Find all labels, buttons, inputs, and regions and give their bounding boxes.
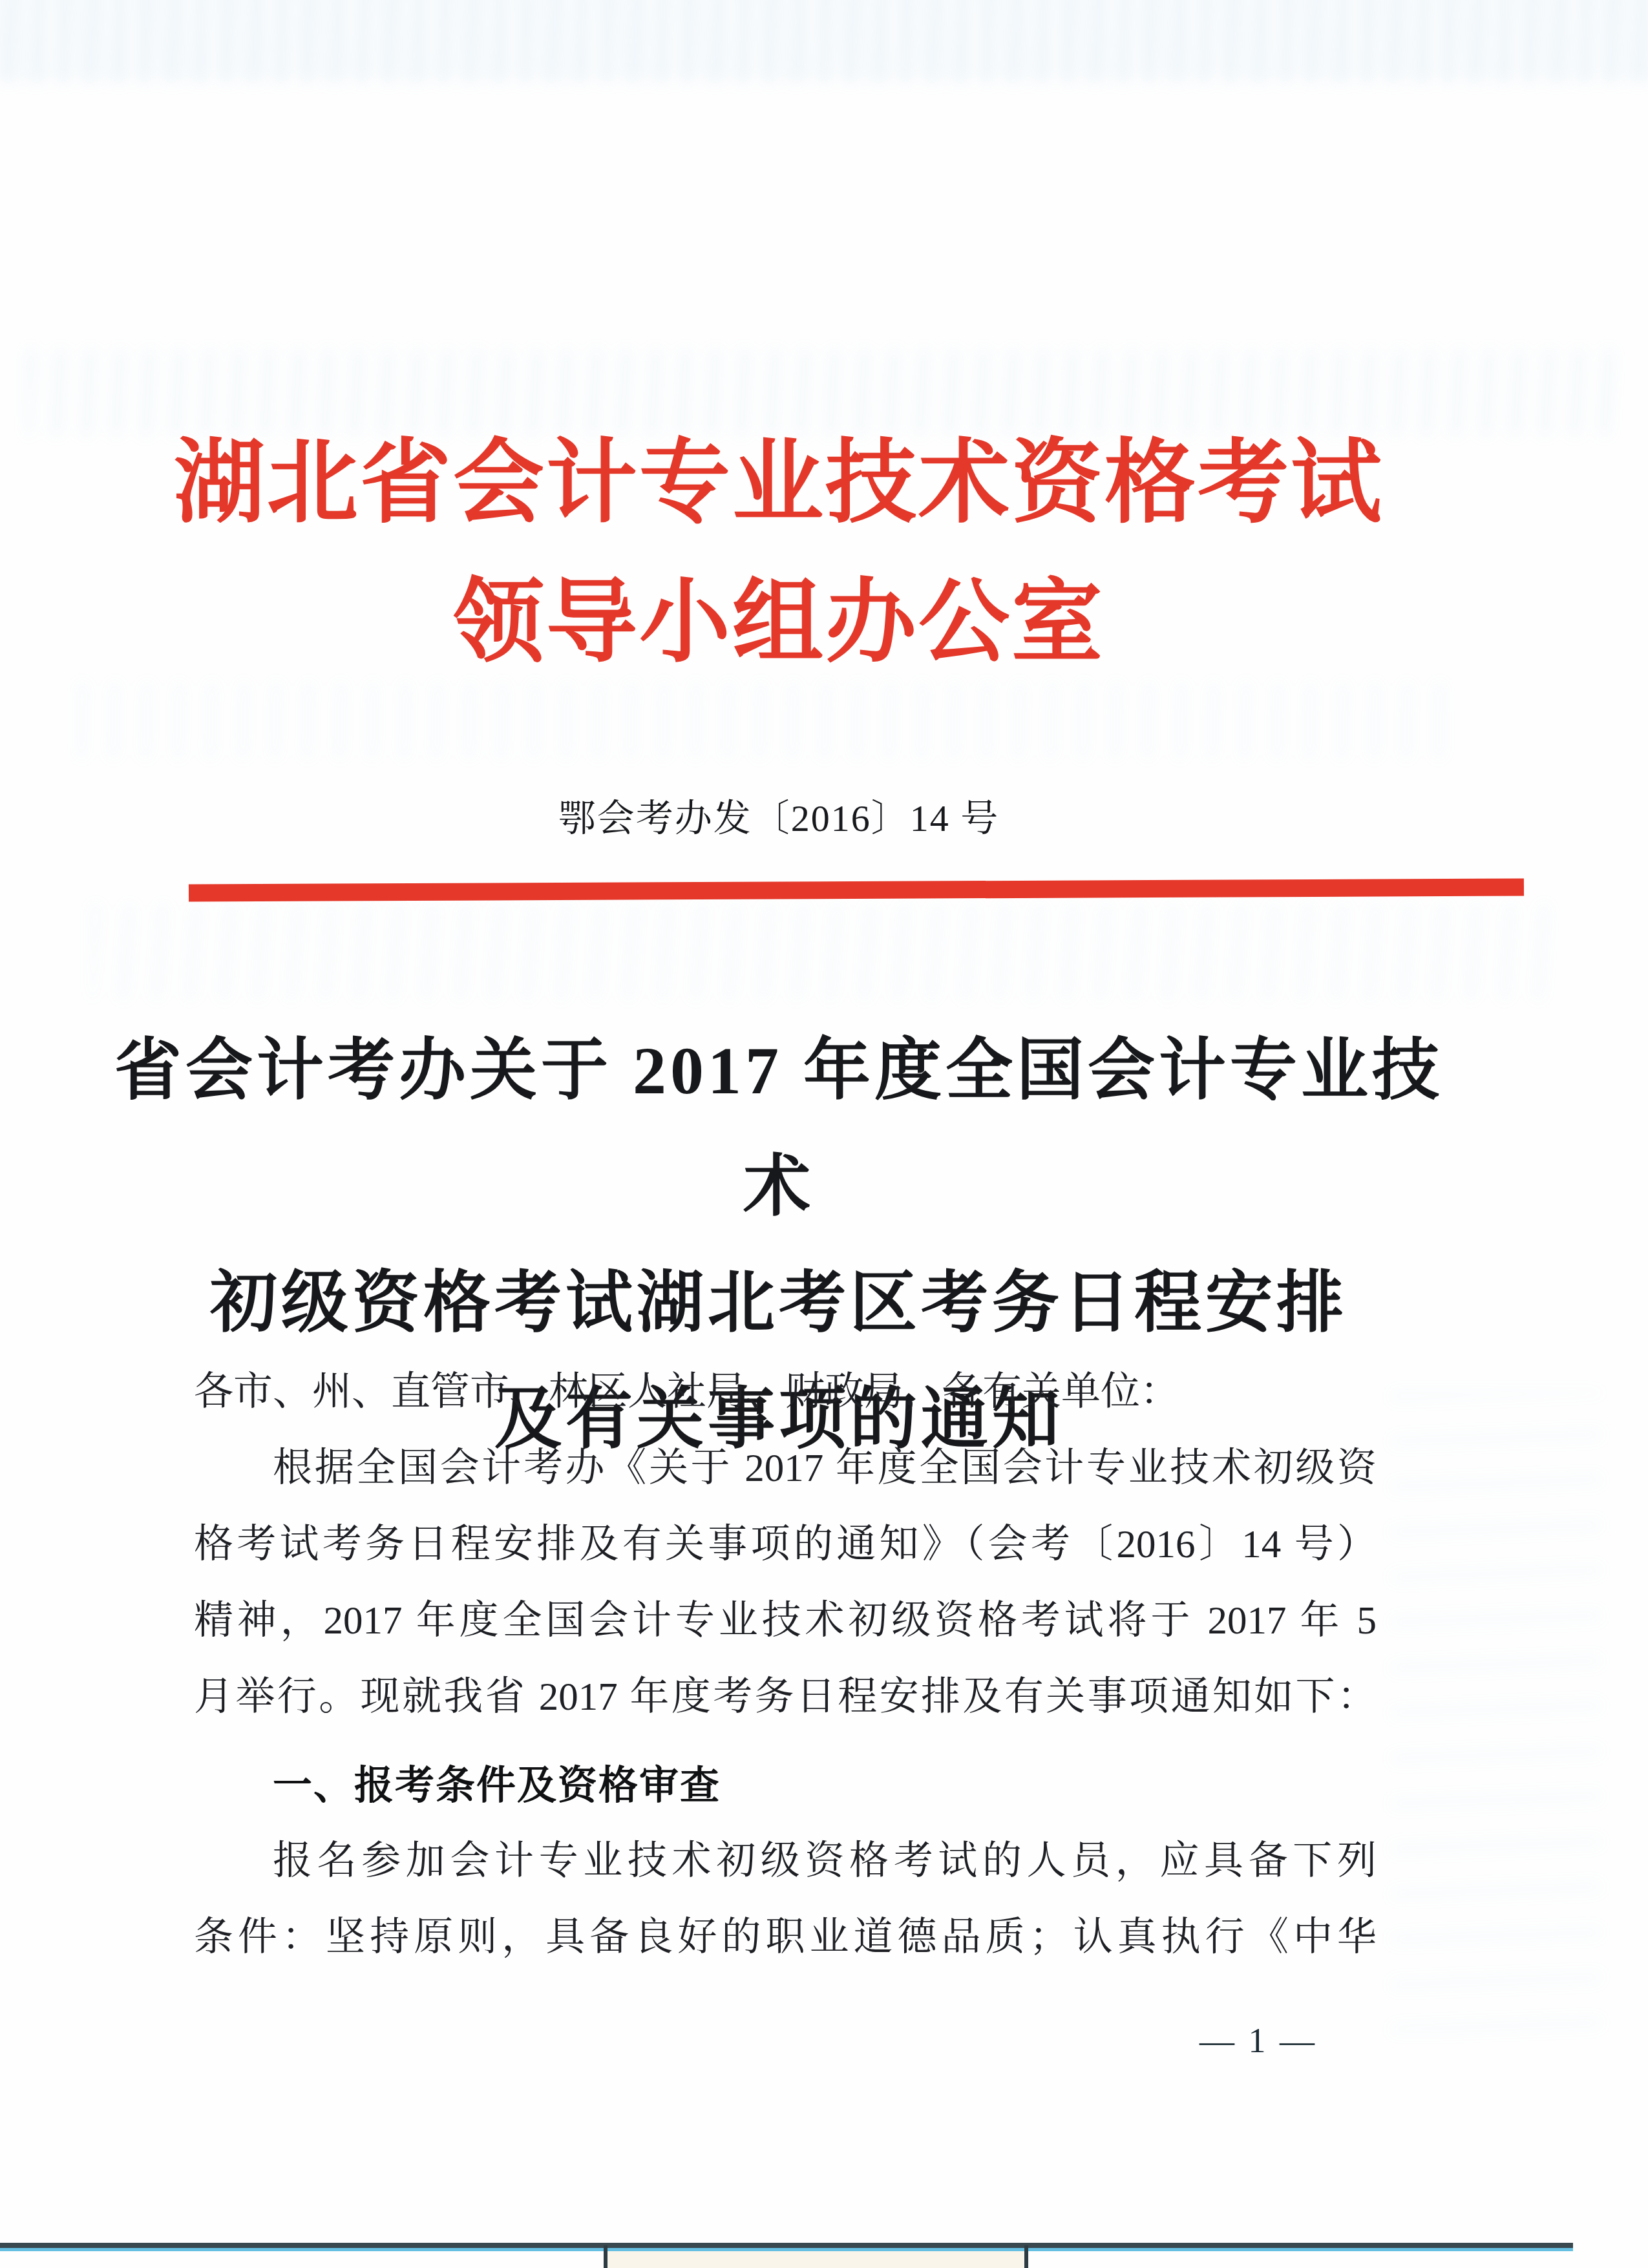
body-line: 报名参加会计专业技术初级资格考试的人员，应具备下列 xyxy=(194,1823,1377,1900)
bleed-through-texture-under-rule xyxy=(90,903,1564,1000)
document-title-line1: 省会计考办关于 2017 年度全国会计专业技术 xyxy=(103,1013,1454,1246)
scanned-official-document-page: 湖北省会计专业技术资格考试 领导小组办公室 鄂会考办发〔2016〕14 号 省会… xyxy=(0,0,1648,2268)
red-horizontal-rule xyxy=(189,878,1524,901)
bleed-through-texture-right xyxy=(1389,1389,1603,2035)
body-line: 条件：坚持原则，具备良好的职业道德品质；认真执行《中华 xyxy=(194,1900,1377,1976)
bleed-through-texture-under-header xyxy=(78,682,1467,759)
page-number: — 1 — xyxy=(1199,2021,1317,2060)
issuer-name-line2: 领导小组办公室 xyxy=(103,553,1454,693)
section-1-heading: 一、报考条件及资格审查 xyxy=(194,1747,1377,1823)
body-line: 月举行。现就我省 2017 年度考务日程安排及有关事项通知如下： xyxy=(194,1659,1377,1736)
bottom-table-column-divider-right xyxy=(1024,2245,1028,2268)
bottom-table-cell-fill xyxy=(607,2251,1024,2268)
body-line: 根据全国会计考办《关于 2017 年度全国会计专业技术初级资 xyxy=(194,1431,1377,1507)
document-title-line2: 初级资格考试湖北考区考务日程安排 xyxy=(103,1246,1454,1362)
document-body: 各市、州、直管市、林区人社局、财政局，各有关单位： 根据全国会计考办《关于 20… xyxy=(194,1354,1377,1976)
body-line: 格考试考务日程安排及有关事项的通知》（会考〔2016〕14 号） xyxy=(194,1507,1377,1583)
bottom-table-top-border xyxy=(0,2243,1573,2248)
document-number: 鄂会考办发〔2016〕14 号 xyxy=(103,795,1454,843)
red-header-issuer: 湖北省会计专业技术资格考试 领导小组办公室 xyxy=(103,414,1454,693)
body-line: 精神，2017 年度全国会计专业技术初级资格考试将于 2017 年 5 xyxy=(194,1583,1377,1659)
issuer-name-line1: 湖北省会计专业技术资格考试 xyxy=(103,414,1454,553)
bottom-table-column-divider-left xyxy=(604,2245,607,2268)
bleed-through-texture-top xyxy=(0,0,1648,82)
salutation-line: 各市、州、直管市、林区人社局、财政局，各有关单位： xyxy=(194,1354,1377,1431)
